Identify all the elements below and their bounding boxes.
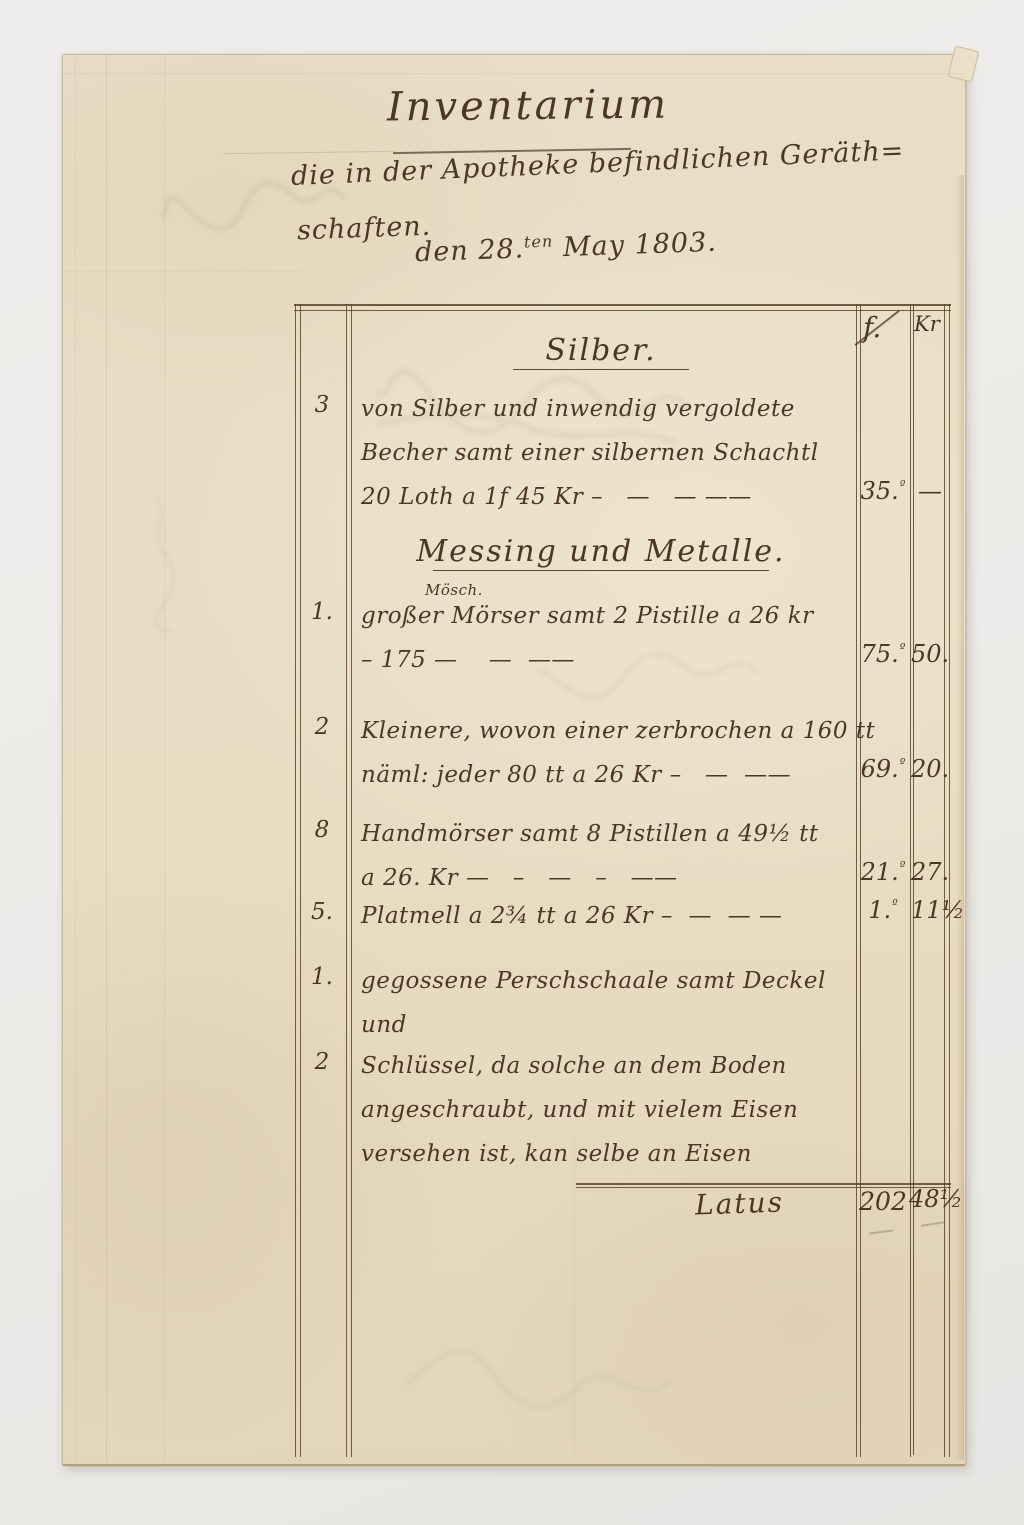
inventory-row: 2Schlüssel, da solche an dem Bodenangesc… [295, 1044, 951, 1176]
row-amount-kreuzer: 27. [911, 858, 949, 886]
fold-line [164, 55, 165, 1464]
section-heading: Messing und Metalle. [341, 534, 861, 571]
document-date: den 28.ten May 1803. [415, 226, 718, 269]
row-text-line: 20 Loth a 1f 45 Kr – — — —— [361, 475, 866, 519]
inventory-row: 3von Silber und inwendig vergoldeteBeche… [295, 387, 951, 519]
fold-line [106, 55, 107, 1464]
row-inserted-word: Mösch. [425, 581, 483, 599]
inventory-row: 2Kleinere, wovon einer zerbrochen a 160 … [295, 709, 951, 797]
section-heading-underline [433, 570, 769, 571]
row-text-line: Becher samt einer silbernen Schachtl [361, 431, 866, 475]
row-text-line: von Silber und inwendig vergoldete [361, 387, 866, 431]
row-amount-florin: 21. [855, 858, 911, 886]
inventory-table-body: Silber.3von Silber und inwendig vergolde… [295, 304, 951, 1457]
fold-line [75, 55, 76, 1464]
latus-label: Latus [694, 1185, 784, 1221]
row-amount-florin: 35. [855, 477, 911, 505]
row-text-line: Kleinere, wovon einer zerbrochen a 160 t… [361, 709, 866, 753]
document-subtitle-line1: die in der Apotheke befindlichen Geräth= [290, 135, 911, 192]
row-text-line: – 175 — — —— [361, 638, 866, 682]
row-text-line: Platmell a 2¾ tt a 26 Kr – — — — [361, 894, 866, 938]
section-heading-text: Silber. [545, 333, 656, 368]
inventory-row: 5.Platmell a 2¾ tt a 26 Kr – — — —1.11½ [295, 894, 951, 938]
row-quantity: 5. [295, 899, 349, 925]
row-amount-kreuzer: 11½ [911, 896, 949, 924]
section-heading-underline [513, 369, 689, 370]
row-text-line: näml: jeder 80 tt a 26 Kr – — —— [361, 753, 866, 797]
row-amount-kreuzer: 50. [911, 640, 949, 668]
document-subtitle-line2: schaften. [296, 211, 431, 247]
row-amount-florin: 69. [855, 755, 911, 783]
row-quantity: 8 [295, 817, 349, 843]
torn-corner-tab [948, 45, 980, 82]
section-heading: Silber. [341, 333, 861, 370]
latus-florin-total: 202 [856, 1187, 910, 1216]
inventory-row: 1.gegossene Perschschaale samt Deckelund [295, 959, 951, 1047]
date-ordinal-superscript: ten [524, 231, 554, 251]
row-text-line: großer Mörser samt 2 Pistille a 26 kr [361, 594, 866, 638]
row-amount-kreuzer: 20. [911, 755, 949, 783]
scan-background: Inventarium die in der Apotheke befindli… [0, 0, 1024, 1525]
row-quantity: 2 [295, 1049, 349, 1075]
row-quantity: 1. [295, 599, 349, 625]
row-quantity: 3 [295, 392, 349, 418]
ink-bleedthrough [126, 492, 200, 638]
section-heading-text: Messing und Metalle. [416, 534, 785, 569]
crease-line [63, 271, 303, 272]
row-quantity: 1. [295, 964, 349, 990]
row-text-line: versehen ist, kan selbe an Eisen [361, 1132, 866, 1176]
row-quantity: 2 [295, 714, 349, 740]
date-prefix: den 28. [415, 233, 525, 268]
row-text-line: angeschraubt, und mit vielem Eisen [361, 1088, 866, 1132]
latus-kreuzer-total: 48½ [909, 1185, 953, 1213]
inventory-row: 8Handmörser samt 8 Pistillen a 49½ tta 2… [295, 812, 951, 900]
title-underline-pencil [223, 151, 395, 154]
row-text-line: und [361, 1003, 866, 1047]
row-text-line: gegossene Perschschaale samt Deckel [361, 959, 866, 1003]
document-title: Inventarium [361, 81, 695, 130]
row-text-line: Schlüssel, da solche an dem Boden [361, 1044, 866, 1088]
crease-line [63, 73, 965, 74]
date-rest: May 1803. [553, 227, 717, 264]
row-amount-kreuzer: — [911, 477, 949, 505]
inventory-row: 1.Mösch.großer Mörser samt 2 Pistille a … [295, 594, 951, 682]
row-amount-florin: 1. [855, 896, 911, 924]
row-text-line: Handmörser samt 8 Pistillen a 49½ tt [361, 812, 866, 856]
row-amount-florin: 75. [855, 640, 911, 668]
document-page: Inventarium die in der Apotheke befindli… [62, 54, 966, 1466]
